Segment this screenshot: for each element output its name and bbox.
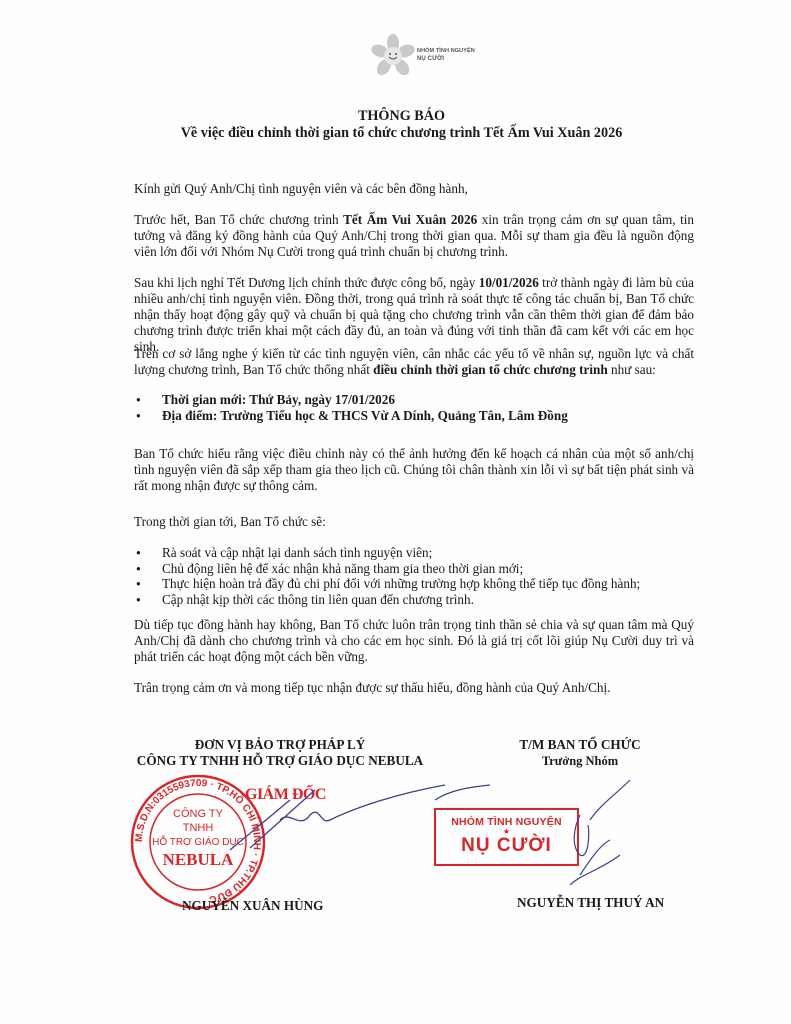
stamp-line1: CÔNG TY: [173, 807, 224, 820]
logo-line1: NHÓM TÌNH NGUYỆN: [417, 47, 475, 55]
paragraph-values: Dù tiếp tục đồng hành hay không, Ban Tổ …: [134, 617, 694, 665]
document-page: NHÓM TÌNH NGUYỆN NỤ CƯỜI THÔNG BÁO Về vi…: [0, 0, 791, 1024]
paragraph-next-steps: Trong thời gian tới, Ban Tổ chức sẽ:: [134, 514, 694, 530]
key-details-list: Thời gian mới: Thứ Bảy, ngày 17/01/2026 …: [134, 392, 694, 423]
director-name: NGUYỄN XUÂN HÙNG: [182, 898, 323, 914]
logo-line2: NỤ CƯỜI: [417, 55, 475, 63]
text: Sau khi lịch nghỉ Tết Dương lịch chính t…: [134, 275, 479, 290]
paragraph-reason: Sau khi lịch nghỉ Tết Dương lịch chính t…: [134, 275, 694, 355]
paragraph-thanks: Trước hết, Ban Tổ chức chương trình Tết …: [134, 212, 694, 260]
decision-highlight: điều chỉnh thời gian tổ chức chương trìn…: [373, 362, 608, 377]
group-rect-stamp: NHÓM TÌNH NGUYỆN ★ NỤ CƯỜI: [434, 808, 579, 866]
stamp-group-line2: NỤ CƯỜI: [436, 836, 577, 856]
sponsor-heading: ĐƠN VỊ BẢO TRỢ PHÁP LÝ CÔNG TY TNHH HỖ T…: [130, 737, 430, 769]
stamp-line4: NEBULA: [163, 850, 235, 869]
logo-text: NHÓM TÌNH NGUYỆN NỤ CƯỜI: [417, 47, 475, 63]
new-time-item: Thời gian mới: Thứ Bảy, ngày 17/01/2026: [134, 392, 694, 408]
greeting: Kính gửi Quý Anh/Chị tình nguyện viên và…: [134, 181, 694, 197]
location-item: Địa điểm: Trường Tiểu học & THCS Vừ A Dí…: [134, 408, 694, 424]
action-item: Rà soát và cập nhật lại danh sách tình n…: [134, 545, 694, 561]
document-title: THÔNG BÁO: [12, 108, 791, 125]
action-item: Chủ động liên hệ để xác nhận khả năng th…: [134, 561, 694, 577]
document-header: THÔNG BÁO Về việc điều chỉnh thời gian t…: [0, 108, 791, 142]
text: như sau:: [608, 362, 656, 377]
action-item: Cập nhật kịp thời các thông tin liên qua…: [134, 592, 694, 608]
leader-name: NGUYỄN THỊ THUÝ AN: [517, 895, 664, 911]
paragraph-apology: Ban Tổ chức hiểu rằng việc điều chỉnh nà…: [134, 446, 694, 494]
program-name: Tết Ấm Vui Xuân 2026: [343, 212, 477, 227]
old-date: 10/01/2026: [479, 275, 539, 290]
organization-logo: NHÓM TÌNH NGUYỆN NỤ CƯỜI: [370, 34, 480, 78]
director-stamp-title: GIÁM ĐỐC: [245, 786, 326, 804]
smiling-flower-icon: [370, 34, 416, 78]
document-subtitle: Về việc điều chỉnh thời gian tổ chức chư…: [12, 125, 791, 142]
closing-line: Trân trọng cảm ơn và mong tiếp tục nhận …: [134, 680, 694, 696]
stamp-line2: TNHH: [183, 822, 214, 834]
organizer-role: T/M BAN TỔ CHỨC: [500, 737, 660, 753]
text: Trước hết, Ban Tổ chức chương trình: [134, 212, 343, 227]
sponsor-role: ĐƠN VỊ BẢO TRỢ PHÁP LÝ: [130, 737, 430, 753]
actions-list: Rà soát và cập nhật lại danh sách tình n…: [134, 545, 694, 607]
organizer-title: Trưởng Nhóm: [500, 753, 660, 769]
organizer-heading: T/M BAN TỔ CHỨC Trưởng Nhóm: [500, 737, 660, 769]
sponsor-company: CÔNG TY TNHH HỖ TRỢ GIÁO DỤC NEBULA: [130, 753, 430, 769]
action-item: Thực hiện hoàn trả đầy đủ chi phí đối vớ…: [134, 576, 694, 592]
stamp-line3: HỖ TRỢ GIÁO DỤC: [152, 835, 244, 848]
paragraph-decision: Trên cơ sở lắng nghe ý kiến từ các tình …: [134, 346, 694, 378]
